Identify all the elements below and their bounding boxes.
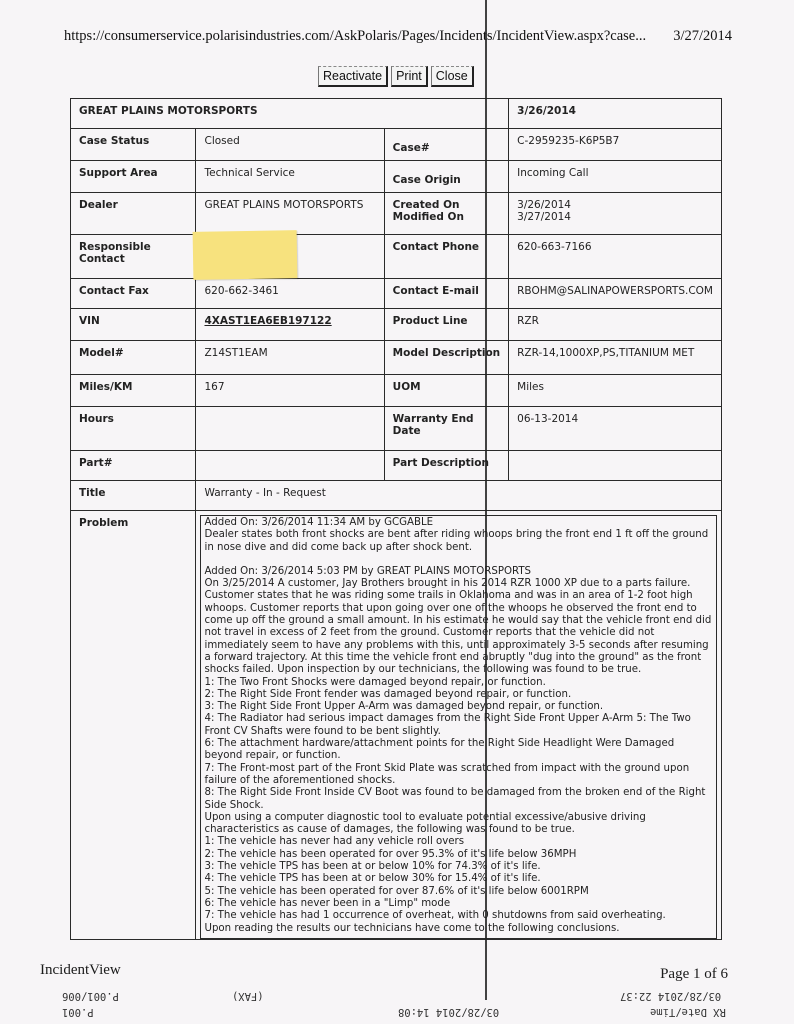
warranty-end-label: Warranty End Date — [384, 407, 508, 451]
model-number-value: Z14ST1EAM — [196, 341, 384, 375]
case-origin-label: Case Origin — [384, 161, 508, 193]
contact-fax-value: 620-662-3461 — [196, 279, 384, 309]
print-date: 3/27/2014 — [673, 28, 732, 45]
uom-label: UOM — [384, 375, 508, 407]
vin-value[interactable]: 4XAST1EA6EB197122 — [196, 309, 384, 341]
problem-entry-line: 3: The Right Side Front Upper A-Arm was … — [204, 701, 713, 713]
problem-entry-line: 1: The vehicle has never had any vehicle… — [204, 836, 713, 848]
print-button[interactable]: Print — [391, 66, 428, 87]
problem-entry: Added On: 3/26/2014 11:34 AM by GCGABLED… — [204, 517, 713, 554]
dealer-heading: GREAT PLAINS MOTORSPORTS — [71, 99, 509, 129]
problem-cell: Added On: 3/26/2014 11:34 AM by GCGABLED… — [196, 511, 722, 940]
created-on-value: 3/26/2014 — [517, 199, 713, 211]
problem-entry-line: 2: The Right Side Front fender was damag… — [204, 689, 713, 701]
fax-fold-line — [485, 0, 487, 1000]
case-status-label: Case Status — [71, 129, 196, 161]
problem-entry-header: Added On: 3/26/2014 11:34 AM by GCGABLE — [204, 517, 713, 529]
case-number-value: C-2959235-K6P5B7 — [509, 129, 722, 161]
problem-entry-line: 2: The vehicle has been operated for ove… — [204, 849, 713, 861]
fax-tx-datetime: 03/28/2014 14:08 — [398, 1006, 499, 1018]
miles-km-label: Miles/KM — [71, 375, 196, 407]
problem-entry-line: 7: The Front-most part of the Front Skid… — [204, 763, 713, 788]
part-number-value — [196, 451, 384, 481]
sticky-note-redaction — [193, 230, 298, 280]
responsible-contact-label: Responsible Contact — [71, 235, 196, 279]
vin-label: VIN — [71, 309, 196, 341]
contact-email-label: Contact E-mail — [384, 279, 508, 309]
problem-notes: Added On: 3/26/2014 11:34 AM by GCGABLED… — [200, 515, 717, 939]
problem-entry-line: Upon using a computer diagnostic tool to… — [204, 812, 713, 837]
fax-rx-datetime: 03/28/2014 22:37 — [620, 990, 721, 1002]
problem-entry-line: Upon reading the results our technicians… — [204, 923, 713, 935]
problem-entry-line: 6: The attachment hardware/attachment po… — [204, 738, 713, 763]
hours-value — [196, 407, 384, 451]
page-url: https://consumerservice.polarisindustrie… — [64, 28, 646, 44]
problem-entry-header: Added On: 3/26/2014 5:03 PM by GREAT PLA… — [204, 566, 713, 578]
contact-phone-label: Contact Phone — [384, 235, 508, 279]
part-number-label: Part# — [71, 451, 196, 481]
close-button[interactable]: Close — [431, 66, 474, 87]
problem-entry: Added On: 3/26/2014 5:03 PM by GREAT PLA… — [204, 566, 713, 935]
modified-on-value: 3/27/2014 — [517, 211, 713, 223]
dealer-value: GREAT PLAINS MOTORSPORTS — [196, 193, 384, 235]
created-modified-values: 3/26/2014 3/27/2014 — [509, 193, 722, 235]
product-line-value: RZR — [509, 309, 722, 341]
fax-page-b: P.001 — [62, 1006, 94, 1018]
case-number-label: Case# — [384, 129, 508, 161]
problem-entry-line: 6: The vehicle has never been in a "Limp… — [204, 898, 713, 910]
contact-fax-label: Contact Fax — [71, 279, 196, 309]
problem-entry-line: 7: The vehicle has had 1 occurrence of o… — [204, 910, 713, 922]
page-header: https://consumerservice.polarisindustrie… — [64, 28, 764, 45]
model-description-value: RZR-14,1000XP,PS,TITANIUM MET — [509, 341, 722, 375]
uom-value: Miles — [509, 375, 722, 407]
model-description-label: Model Description — [384, 341, 508, 375]
problem-entry-line: 5: The vehicle has been operated for ove… — [204, 886, 713, 898]
fax-page-a: P.001/006 — [62, 990, 119, 1002]
problem-entry-line: 8: The Right Side Front Inside CV Boot w… — [204, 787, 713, 812]
footer-page-name: IncidentView — [40, 962, 121, 979]
support-area-value: Technical Service — [196, 161, 384, 193]
model-number-label: Model# — [71, 341, 196, 375]
title-label: Title — [71, 481, 196, 511]
support-area-label: Support Area — [71, 161, 196, 193]
case-details-table: GREAT PLAINS MOTORSPORTS 3/26/2014 Case … — [70, 98, 722, 940]
reactivate-button[interactable]: Reactivate — [318, 66, 388, 87]
case-status-value: Closed — [196, 129, 384, 161]
problem-entry-line: 1: The Two Front Shocks were damaged bey… — [204, 677, 713, 689]
footer-page-number: Page 1 of 6 — [660, 966, 728, 983]
part-description-value — [509, 451, 722, 481]
problem-entry-line: On 3/25/2014 A customer, Jay Brothers br… — [204, 578, 713, 676]
product-line-label: Product Line — [384, 309, 508, 341]
warranty-end-value: 06-13-2014 — [509, 407, 722, 451]
title-value: Warranty - In - Request — [196, 481, 722, 511]
problem-entry-line: 4: The Radiator had serious impact damag… — [204, 713, 713, 738]
fax-label: (FAX) — [232, 990, 264, 1002]
heading-date: 3/26/2014 — [509, 99, 722, 129]
hours-label: Hours — [71, 407, 196, 451]
problem-label: Problem — [71, 511, 196, 940]
dealer-label: Dealer — [71, 193, 196, 235]
fax-rx-label: RX Date/Time — [650, 1006, 726, 1018]
contact-email-value: RBOHM@SALINAPOWERSPORTS.COM — [509, 279, 722, 309]
problem-entry-line: 3: The vehicle TPS has been at or below … — [204, 861, 713, 873]
problem-entry-line: 4: The vehicle TPS has been at or below … — [204, 873, 713, 885]
miles-km-value: 167 — [196, 375, 384, 407]
part-description-label: Part Description — [384, 451, 508, 481]
vin-link[interactable]: 4XAST1EA6EB197122 — [204, 315, 331, 327]
created-modified-labels: Created On Modified On — [384, 193, 508, 235]
problem-entry-line: Dealer states both front shocks are bent… — [204, 529, 713, 554]
contact-phone-value: 620-663-7166 — [509, 235, 722, 279]
toolbar: Reactivate Print Close — [318, 66, 474, 87]
case-origin-value: Incoming Call — [509, 161, 722, 193]
